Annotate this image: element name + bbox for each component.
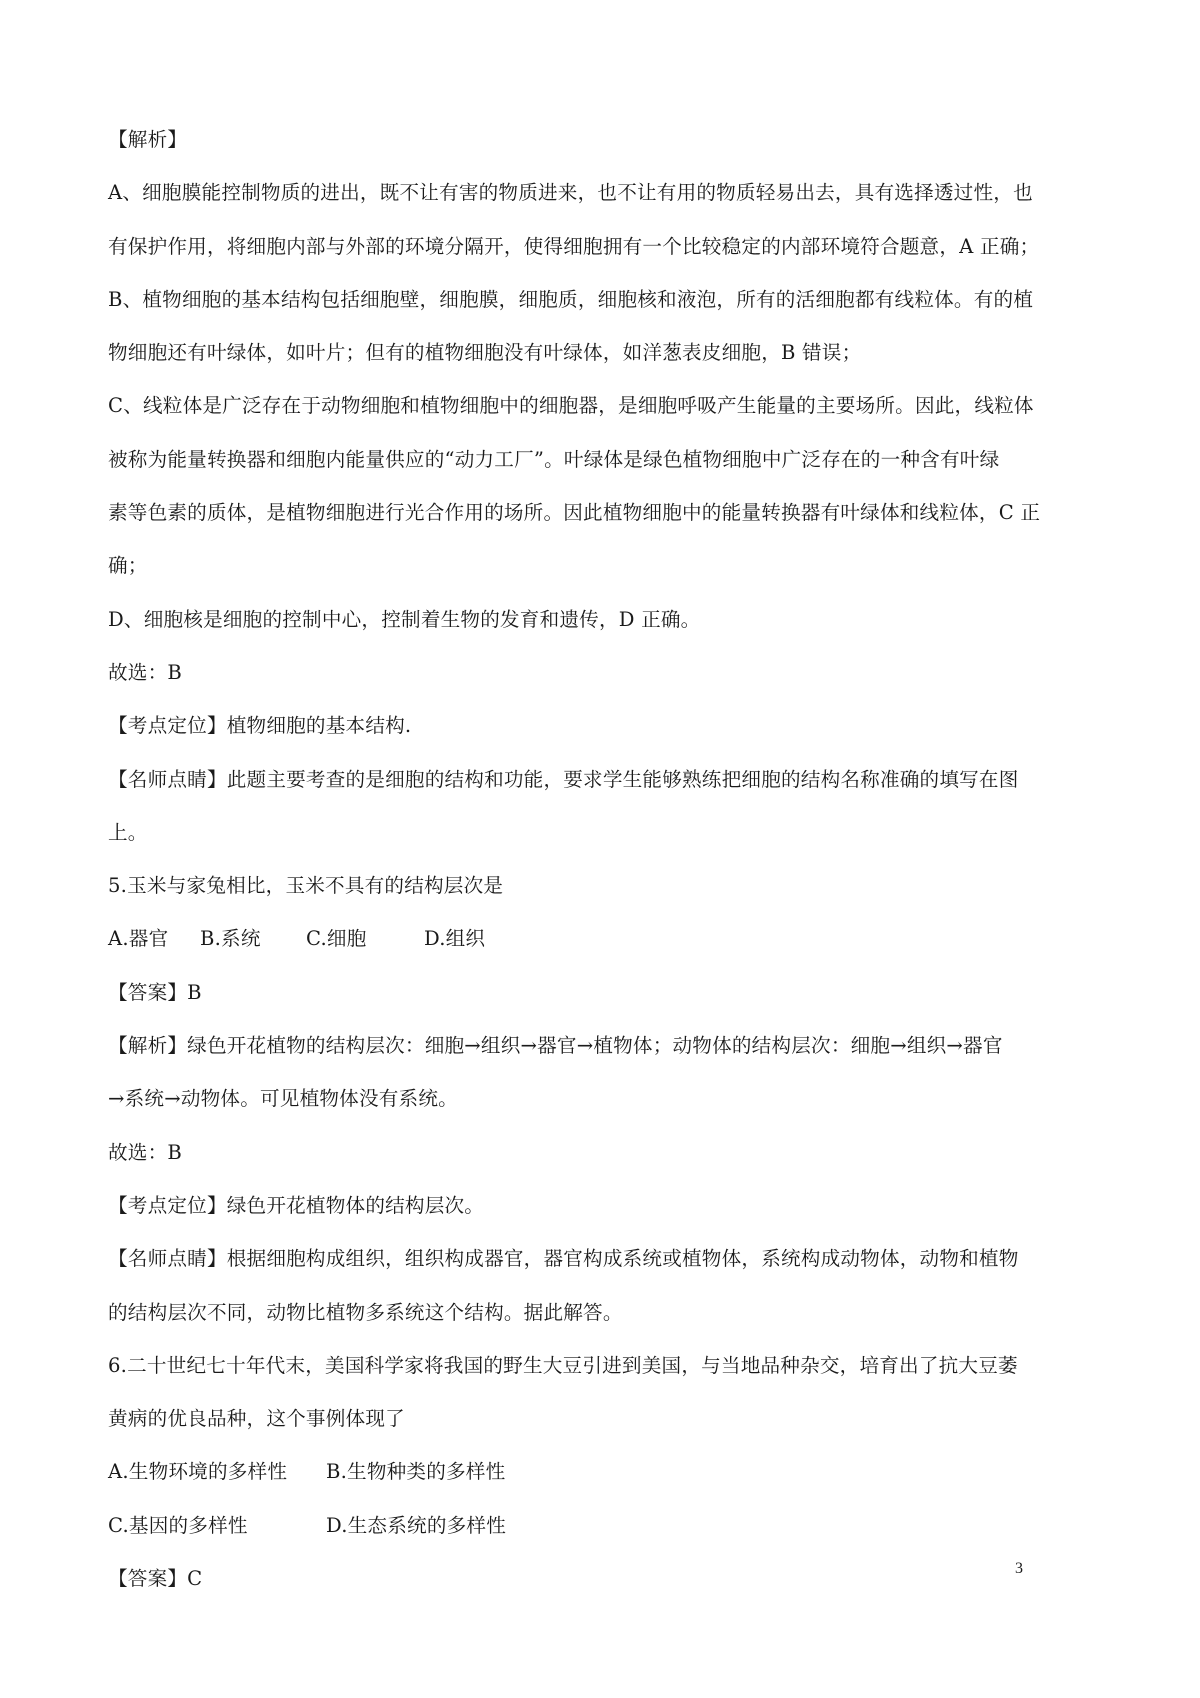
paragraph-line: 【解析】绿色开花植物的结构层次：细胞→组织→器官→植物体；动物体的结构层次：细胞… <box>108 1032 1010 1085</box>
question-6-stem: 6.二十世纪七十年代末，美国科学家将我国的野生大豆引进到美国，与当地品种杂交，培… <box>108 1352 1010 1405</box>
teacher-note-line: 【名师点睛】此题主要考查的是细胞的结构和功能，要求学生能够熟练把细胞的结构名称准… <box>108 766 1010 819</box>
teacher-note-line: 上。 <box>108 819 1010 872</box>
teacher-note-line: 【名师点睛】根据细胞构成组织，组织构成器官，器官构成系统或植物体，系统构成动物体… <box>108 1245 1010 1298</box>
q6-option-a: A.生物环境的多样性 <box>108 1458 326 1486</box>
q6-option-b: B.生物种类的多样性 <box>326 1458 505 1486</box>
paragraph-line: 物细胞还有叶绿体，如叶片；但有的植物细胞没有叶绿体，如洋葱表皮细胞，B 错误； <box>108 339 1010 392</box>
paragraph-line: 确； <box>108 552 1010 605</box>
question-6-options-row-1: A.生物环境的多样性B.生物种类的多样性 <box>108 1458 1010 1511</box>
question-6-answer: 【答案】C <box>108 1565 1010 1618</box>
q5-option-a: A.器官 <box>108 925 200 953</box>
question-5-stem: 5.玉米与家兔相比，玉米不具有的结构层次是 <box>108 872 1010 925</box>
page-number: 3 <box>1015 1560 1023 1578</box>
key-point-line: 【考点定位】植物细胞的基本结构. <box>108 712 1010 765</box>
paragraph-line: 素等色素的质体，是植物细胞进行光合作用的场所。因此植物细胞中的能量转换器有叶绿体… <box>108 499 1010 552</box>
key-point-line: 【考点定位】绿色开花植物体的结构层次。 <box>108 1192 1010 1245</box>
teacher-note-line: 的结构层次不同，动物比植物多系统这个结构。据此解答。 <box>108 1299 1010 1352</box>
paragraph-line: →系统→动物体。可见植物体没有系统。 <box>108 1085 1010 1138</box>
q6-option-c: C.基因的多样性 <box>108 1512 326 1540</box>
paragraph-line: D、细胞核是细胞的控制中心，控制着生物的发育和遗传，D 正确。 <box>108 606 1010 659</box>
question-6-options-row-2: C.基因的多样性D.生态系统的多样性 <box>108 1512 1010 1565</box>
paragraph-line: A、细胞膜能控制物质的进出，既不让有害的物质进来，也不让有用的物质轻易出去，具有… <box>108 179 1010 232</box>
answer-choice-line: 故选：B <box>108 659 1010 712</box>
paragraph-line: C、线粒体是广泛存在于动物细胞和植物细胞中的细胞器，是细胞呼吸产生能量的主要场所… <box>108 392 1010 445</box>
q6-option-d: D.生态系统的多样性 <box>326 1512 506 1540</box>
q5-option-c: C.细胞 <box>306 925 424 953</box>
question-6-stem: 黄病的优良品种，这个事例体现了 <box>108 1405 1010 1458</box>
q5-option-b: B.系统 <box>200 925 306 953</box>
paragraph-line: 有保护作用，将细胞内部与外部的环境分隔开，使得细胞拥有一个比较稳定的内部环境符合… <box>108 233 1010 286</box>
q5-option-d: D.组织 <box>424 925 485 953</box>
answer-choice-line: 故选：B <box>108 1139 1010 1192</box>
section-heading-analysis: 【解析】 <box>108 126 1010 179</box>
question-5-answer: 【答案】B <box>108 979 1010 1032</box>
question-5-options: A.器官B.系统C.细胞D.组织 <box>108 925 1010 978</box>
paragraph-line: 被称为能量转换器和细胞内能量供应的“动力工厂”。叶绿体是绿色植物细胞中广泛存在的… <box>108 446 1010 499</box>
document-page: 【解析】 A、细胞膜能控制物质的进出，既不让有害的物质进来，也不让有用的物质轻易… <box>108 126 1010 1618</box>
paragraph-line: B、植物细胞的基本结构包括细胞壁，细胞膜，细胞质，细胞核和液泡，所有的活细胞都有… <box>108 286 1010 339</box>
